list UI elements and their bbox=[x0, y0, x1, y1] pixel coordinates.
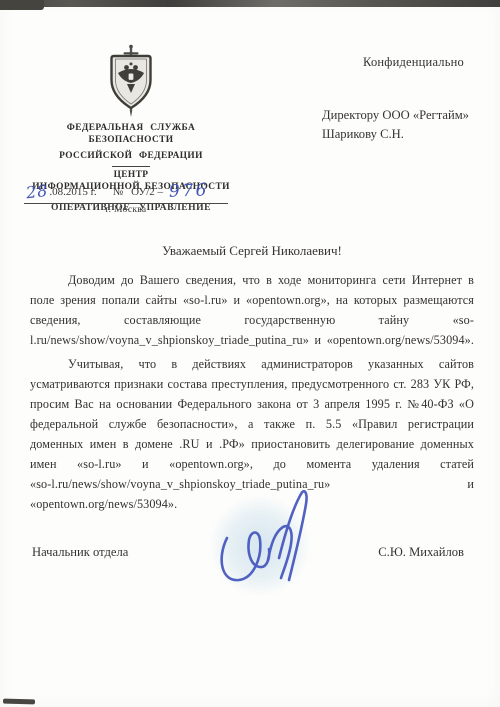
body-line: просим Вас на основании Федерального зак… bbox=[30, 394, 474, 414]
confidential-label: Конфиденциально bbox=[363, 55, 464, 70]
signer-title: Начальник отдела bbox=[32, 545, 128, 560]
org-name-line1: ФЕДЕРАЛЬНАЯ СЛУЖБА БЕЗОПАСНОСТИ bbox=[22, 122, 240, 146]
paragraph-1: Доводим до Вашего сведения, что в ходе м… bbox=[30, 270, 474, 350]
date-reference-block: 28 .08.2015 г. № ОУ/2 – 976 г. Москва bbox=[24, 183, 228, 215]
body-line: федеральной службе безопасности», а такж… bbox=[30, 414, 474, 434]
body-line: Доводим до Вашего сведения, что в ходе м… bbox=[30, 270, 474, 290]
recipient-line1: Директору ООО «Регтайм» bbox=[322, 106, 469, 125]
date-printed: .08.2015 г. bbox=[49, 186, 96, 198]
recipient-line2: Шарикову С.Н. bbox=[322, 125, 469, 144]
number-sign: № bbox=[113, 186, 124, 198]
body-line: поле зрения попали сайты «so-l.ru» и «op… bbox=[30, 290, 474, 310]
handwritten-signature-icon bbox=[213, 486, 317, 598]
reference-number-label: ОУ/2 – bbox=[131, 186, 163, 198]
signer-name: С.Ю. Михайлов bbox=[378, 545, 464, 560]
salutation: Уважаемый Сергей Николаевич! bbox=[30, 243, 474, 259]
reference-number-handwritten: 976 bbox=[169, 183, 209, 198]
body-line: сведения, составляющие государственную т… bbox=[30, 310, 474, 330]
body-line: усматриваются признаки состава преступле… bbox=[30, 374, 474, 394]
fsb-shield-sword-emblem-icon bbox=[107, 44, 155, 118]
body-line: Учитывая, что в действиях администраторо… bbox=[30, 354, 474, 374]
letterhead-divider bbox=[112, 166, 150, 167]
date-day-handwritten: 28 bbox=[25, 184, 49, 201]
org-name-line2: РОССИЙСКОЙ ФЕДЕРАЦИИ bbox=[22, 150, 240, 162]
city-label: г. Москва bbox=[24, 205, 228, 215]
scan-bottom-mark bbox=[3, 699, 35, 705]
body-line: имен «so-l.ru» и «opentown.org», до моме… bbox=[30, 454, 474, 474]
scanned-letter-page: Конфиденциально ФЕДЕРАЛЬНАЯ СЛУЖБА БЕЗОП… bbox=[0, 0, 500, 707]
body-line: l.ru/news/show/voyna_v_shpionskoy_triade… bbox=[30, 330, 474, 350]
scan-edge-band bbox=[0, 0, 500, 7]
scan-edge-corner bbox=[0, 0, 44, 10]
date-reference-row: 28 .08.2015 г. № ОУ/2 – 976 bbox=[24, 183, 228, 204]
body-line: доменных имен в домене .RU и .РФ» приост… bbox=[30, 434, 474, 454]
recipient-block: Директору ООО «Регтайм» Шарикову С.Н. bbox=[322, 106, 469, 144]
